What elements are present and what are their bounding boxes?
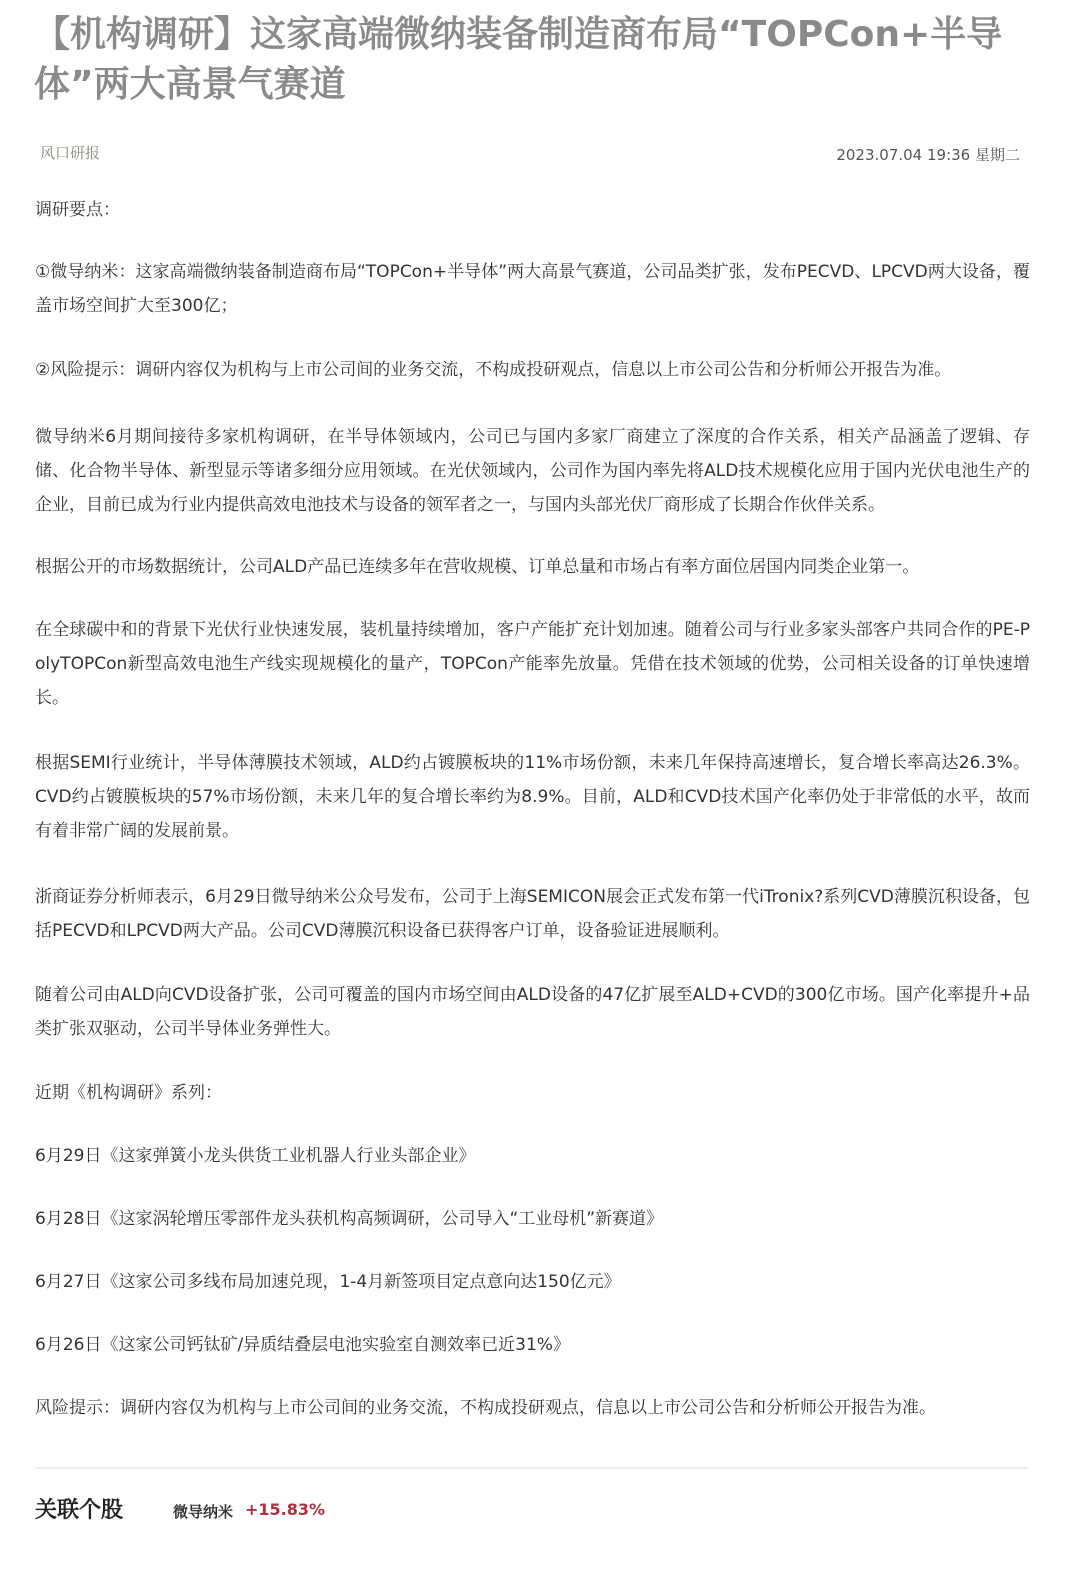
article-source[interactable]: 风口研报 <box>40 142 100 163</box>
article-meta: 风口研报 2023.07.04 19:36 星期二 <box>40 138 1020 168</box>
series-link-0628[interactable]: 6月28日《这家涡轮增压零部件龙头获机构高频调研，公司导入“工业母机”新赛道》 <box>35 1202 1030 1236</box>
paragraph-body-1: 微导纳米6月期间接待多家机构调研，在半导体领域内，公司已与国内多家厂商建立了深度… <box>35 420 1030 522</box>
article-title: 【机构调研】这家高端微纳装备制造商布局“TOPCon+半导体”两大高景气赛道 <box>34 10 1044 110</box>
paragraph-point-1: ①微导纳米：这家高端微纳装备制造商布局“TOPCon+半导体”两大高景气赛道，公… <box>35 255 1030 323</box>
related-stocks-title: 关联个股 <box>35 1493 123 1524</box>
paragraph-body-2: 根据公开的市场数据统计，公司ALD产品已连续多年在营收规模、订单总量和市场占有率… <box>35 550 1030 584</box>
risk-disclaimer: 风险提示：调研内容仅为机构与上市公司间的业务交流，不构成投研观点，信息以上市公司… <box>35 1391 1030 1425</box>
series-link-0626[interactable]: 6月26日《这家公司钙钛矿/异质结叠层电池实验室自测效率已近31%》 <box>35 1328 1030 1362</box>
paragraph-body-6: 随着公司由ALD向CVD设备扩张，公司可覆盖的国内市场空间由ALD设备的47亿扩… <box>35 978 1030 1046</box>
article-datetime: 2023.07.04 19:36 星期二 <box>836 144 1020 165</box>
paragraph-summary-heading: 调研要点： <box>35 193 1030 227</box>
paragraph-body-5: 浙商证券分析师表示，6月29日微导纳米公众号发布，公司于上海SEMICON展会正… <box>35 880 1030 948</box>
related-stocks: 关联个股 微导纳米 +15.83% <box>35 1493 635 1527</box>
series-link-0629[interactable]: 6月29日《这家弹簧小龙头供货工业机器人行业头部企业》 <box>35 1139 1030 1173</box>
paragraph-body-3: 在全球碳中和的背景下光伏行业快速发展，装机量持续增加，客户产能扩充计划加速。随着… <box>35 613 1030 715</box>
stock-name[interactable]: 微导纳米 <box>173 1501 233 1522</box>
paragraph-body-4: 根据SEMI行业统计，半导体薄膜技术领域，ALD约占镀膜板块的11%市场份额，未… <box>35 746 1030 848</box>
series-link-0627[interactable]: 6月27日《这家公司多线布局加速兑现，1-4月新签项目定点意向达150亿元》 <box>35 1265 1030 1299</box>
series-heading: 近期《机构调研》系列： <box>35 1076 1030 1110</box>
paragraph-point-2: ②风险提示：调研内容仅为机构与上市公司间的业务交流，不构成投研观点，信息以上市公… <box>35 353 1030 387</box>
stock-change-percent[interactable]: +15.83% <box>245 1500 325 1519</box>
section-divider <box>35 1467 1028 1469</box>
